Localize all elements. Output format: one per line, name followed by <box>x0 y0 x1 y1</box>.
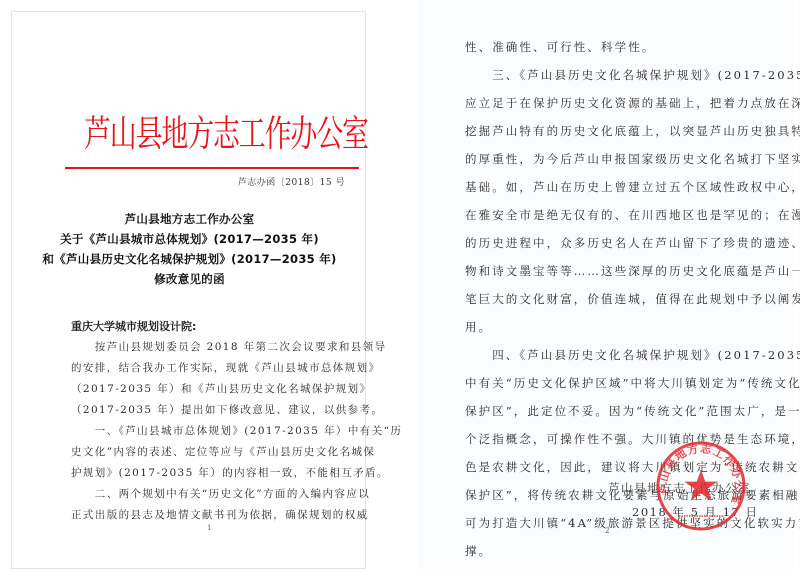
body-line: 应立足于在保护历史文化资源的基础上，把着力点放在深入 <box>465 95 775 111</box>
body-line: 三、《芦山县历史文化名城保护规划》(2017-2035 年) <box>465 67 775 83</box>
body-line: 四、《芦山县历史文化名城保护规划》(2017-2035 年) <box>465 347 775 363</box>
letterhead-title: 芦山县地方志工作办公室 <box>84 105 339 164</box>
body-line: 史文化”内容的表述、定位等应与《芦山县历史文化名城保 <box>71 444 353 459</box>
letter-title-line-3: 和《芦山县历史文化名城保护规划》(2017—2035 年) <box>12 251 367 267</box>
body-line: 物和诗文墨宝等等……这些深厚的历史文化底蕴是芦山一 <box>465 263 775 279</box>
body-line: 性、准确性、可行性、科学性。 <box>465 39 775 55</box>
letter-title-line-1: 芦山县地方志工作办公室 <box>12 211 367 227</box>
body-line: 的历史进程中，众多历史名人在芦山留下了珍贵的遗迹、遗 <box>465 235 775 251</box>
body-line: （2017-2035 年）提出如下修改意见、建议，以供参考。 <box>71 402 353 417</box>
body-line: 保护区”，此定位不妥。因为“传统文化”范围太广，是一 <box>465 403 775 419</box>
official-seal-icon: 芦山县地方志工作办公室 <box>655 440 747 532</box>
letter-title-line-4: 修改意见的函 <box>12 271 367 287</box>
body-line: 的安排，结合我办工作实际，现就《芦山县城市总体规划》 <box>71 360 353 375</box>
page-number: 1 <box>207 524 211 532</box>
body-line: 在雅安全市是绝无仅有的、在川西地区也是罕见的；在漫长 <box>465 207 775 223</box>
body-line: 挖掘芦山特有的历史文化底蕴上，以突显芦山历史独具特色 <box>465 123 775 139</box>
body-line: 撑。 <box>465 543 775 559</box>
salutation: 重庆大学城市规划设计院: <box>71 318 196 334</box>
document-number: 芦志办函〔2018〕15 号 <box>238 175 345 188</box>
body-line: 用。 <box>465 319 775 335</box>
body-line: 一、《芦山县城市总体规划》(2017-2035 年）中有关“历 <box>71 423 353 438</box>
body-line: 正式出版的县志及地情文献书刊为依据，确保规划的权威 <box>71 507 353 522</box>
body-line: 护规划》(2017-2035 年）的内容相一致，不能相互矛盾。 <box>71 465 353 480</box>
document-page-1: 芦山县地方志工作办公室 芦志办函〔2018〕15 号 芦山县地方志工作办公室 关… <box>11 11 366 569</box>
letter-title-line-2: 关于《芦山县城市总体规划》(2017—2035 年) <box>12 231 367 247</box>
body-line: 按芦山县规划委员会 2018 年第二次会议要求和县领导 <box>71 339 353 354</box>
body-line: 的厚重性，为今后芦山申报国家级历史文化名城打下坚实的 <box>465 151 775 167</box>
body-line: 中有关“历史文化保护区域”中将大川镇划定为“传统文化 <box>465 375 775 391</box>
body-line: （2017-2035 年）和《芦山县历史文化名城保护规划》 <box>71 381 353 396</box>
page-number: 2 <box>605 527 609 535</box>
body-line: 二、两个规划中有关“历史文化”方面的入编内容应以 <box>71 486 353 501</box>
body-line: 基础。如，芦山在历史上曾建立过五个区域性政权中心，这 <box>465 179 775 195</box>
letterhead-red-rule <box>65 167 359 169</box>
body-line: 笔巨大的文化财富，价值连城，值得在此规划中予以阐发利 <box>465 291 775 307</box>
